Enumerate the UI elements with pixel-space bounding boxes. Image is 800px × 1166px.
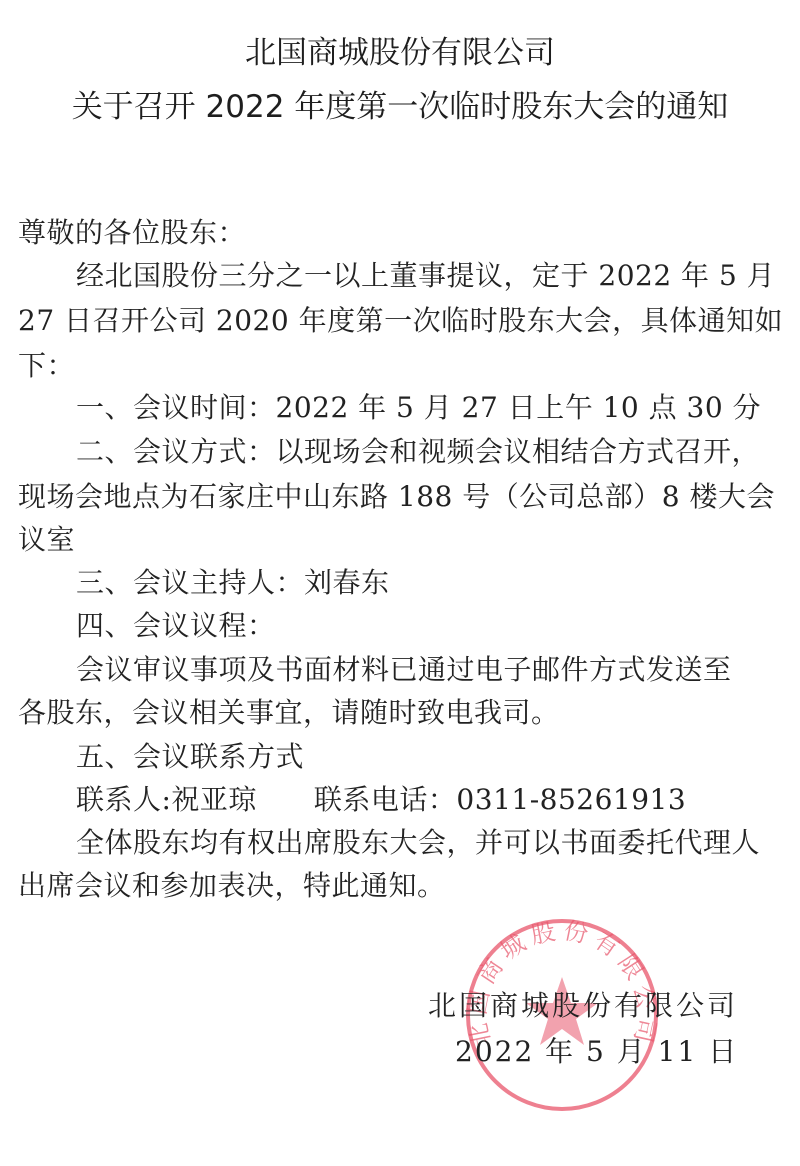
item-meeting-method-1: 二、会议方式：以现场会和视频会议相结合方式召开， [76,432,800,472]
notice-title: 关于召开 2022 年度第一次临时股东大会的通知 [0,81,800,126]
closing-line-1: 全体股东均有权出席股东大会，并可以书面委托代理人 [76,823,800,863]
intro-line-3: 下： [18,346,788,386]
contact-info: 联系人:祝亚琼 联系电话：0311-85261913 [76,780,800,820]
signature-date: 2022 年 5 月 11 日 [455,1030,738,1070]
signature-company: 北国商城股份有限公司 [428,984,738,1024]
closing-line-2: 出席会议和参加表决，特此通知。 [18,866,788,906]
salutation: 尊敬的各位股东： [18,213,788,253]
company-name-heading: 北国商城股份有限公司 [0,27,800,72]
item-host: 三、会议主持人：刘春东 [76,563,800,603]
intro-line-1: 经北国股份三分之一以上董事提议，定于 2022 年 5 月 [76,256,800,296]
item-agenda-heading: 四、会议议程： [76,606,800,646]
item-contact-heading: 五、会议联系方式 [76,737,800,777]
item-meeting-method-2: 现场会地点为石家庄中山东路 188 号（公司总部）8 楼大会 [18,477,788,517]
intro-line-2: 27 日召开公司 2020 年度第一次临时股东大会，具体通知如 [18,301,788,341]
item-meeting-method-3: 议室 [18,520,788,560]
agenda-line-2: 各股东，会议相关事宜，请随时致电我司。 [18,693,788,733]
item-meeting-time: 一、会议时间：2022 年 5 月 27 日上午 10 点 30 分 [76,388,800,428]
agenda-line-1: 会议审议事项及书面材料已通过电子邮件方式发送至 [76,650,800,690]
